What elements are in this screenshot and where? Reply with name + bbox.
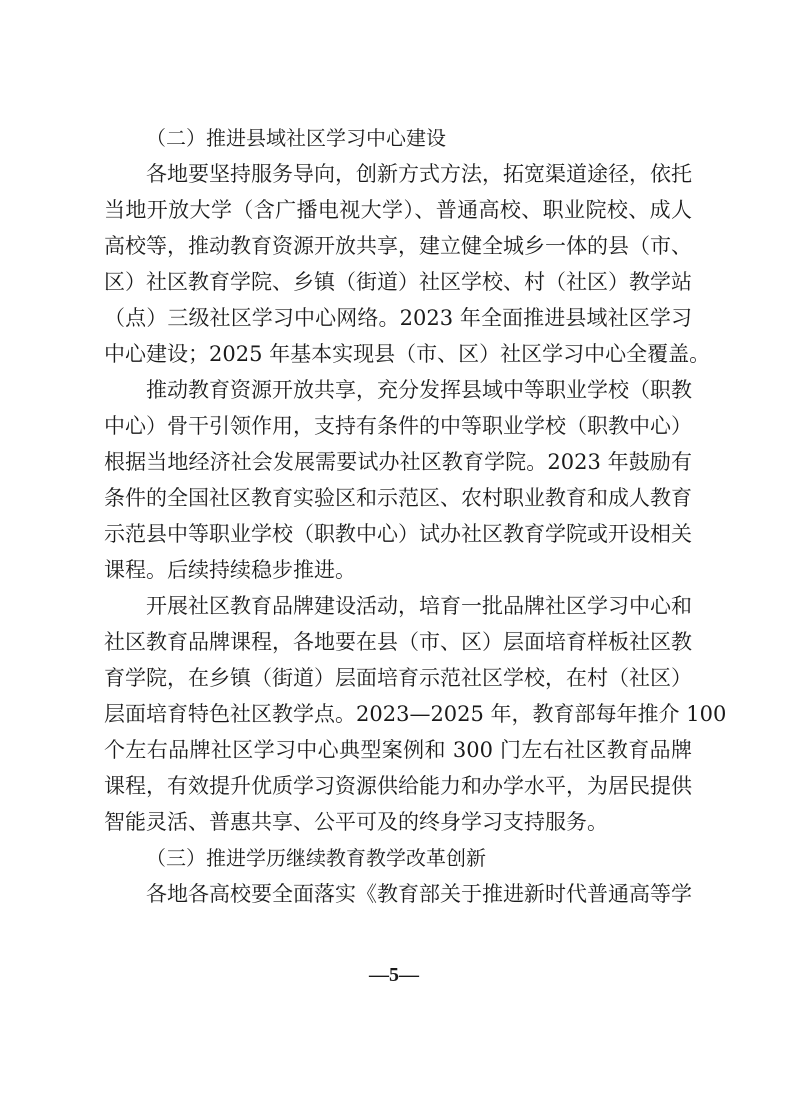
paragraph-line: 课程，有效提升优质学习资源供给能力和办学水平，为居民提供	[104, 768, 692, 804]
paragraph-line: （点）三级社区学习中心网络。2023 年全面推进县域社区学习	[104, 300, 692, 336]
paragraph-line: 各地要坚持服务导向，创新方式方法，拓宽渠道途径，依托	[146, 156, 692, 192]
paragraph-line: 区）社区教育学院、乡镇（街道）社区学校、村（社区）教学站	[104, 264, 692, 300]
page-number: —5—	[0, 964, 788, 987]
paragraph-line: 当地开放大学（含广播电视大学）、普通高校、职业院校、成人	[104, 192, 692, 228]
paragraph-line: 开展社区教育品牌建设活动，培育一批品牌社区学习中心和	[146, 588, 692, 624]
paragraph-line: 层面培育特色社区教学点。2023—2025 年，教育部每年推介 100	[104, 696, 692, 732]
paragraph-line: 个左右品牌社区学习中心典型案例和 300 门左右社区教育品牌	[104, 732, 692, 768]
paragraph-line: 中心建设；2025 年基本实现县（市、区）社区学习中心全覆盖。	[104, 336, 692, 372]
paragraph-line: 高校等，推动教育资源开放共享，建立健全城乡一体的县（市、	[104, 228, 692, 264]
paragraph-line: 根据当地经济社会发展需要试办社区教育学院。2023 年鼓励有	[104, 444, 692, 480]
paragraph-line: 条件的全国社区教育实验区和示范区、农村职业教育和成人教育	[104, 480, 692, 516]
paragraph-line: 课程。后续持续稳步推进。	[104, 552, 692, 588]
section-heading: （二）推进县域社区学习中心建设	[146, 120, 734, 156]
paragraph-line: 社区教育品牌课程，各地要在县（市、区）层面培育样板社区教	[104, 624, 692, 660]
paragraph-line: 中心）骨干引领作用，支持有条件的中等职业学校（职教中心）	[104, 408, 692, 444]
paragraph-line: 推动教育资源开放共享，充分发挥县域中等职业学校（职教	[146, 372, 692, 408]
paragraph-line: 智能灵活、普惠共享、公平可及的终身学习支持服务。	[104, 804, 692, 840]
section-heading: （三）推进学历继续教育教学改革创新	[146, 840, 734, 876]
document-page: （二）推进县域社区学习中心建设 各地要坚持服务导向，创新方式方法，拓宽渠道途径，…	[0, 0, 788, 1120]
paragraph-line: 示范县中等职业学校（职教中心）试办社区教育学院或开设相关	[104, 516, 692, 552]
paragraph-line: 各地各高校要全面落实《教育部关于推进新时代普通高等学	[146, 876, 692, 912]
paragraph-line: 育学院，在乡镇（街道）层面培育示范社区学校，在村（社区）	[104, 660, 692, 696]
